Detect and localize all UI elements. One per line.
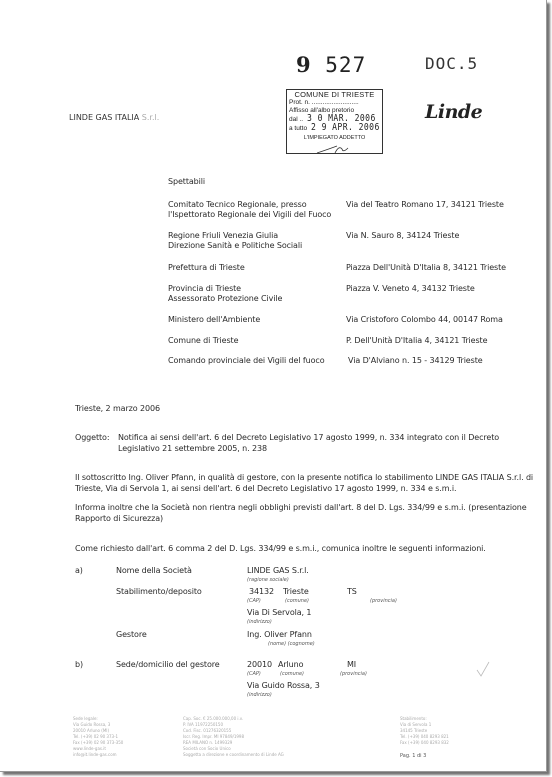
- stamp-dal-label: dal ..: [289, 116, 303, 123]
- paragraph: Trieste, Via di Servola 1, ai sensi dell…: [75, 484, 456, 494]
- paragraph: Come richiesto dall'art. 6 comma 2 del D…: [75, 544, 486, 554]
- letter-date: Trieste, 2 marzo 2006: [75, 404, 160, 414]
- field-value: Ing. Oliver Pfann: [247, 630, 312, 640]
- recipient-address: Piazza V. Veneto 4, 34132 Trieste: [346, 284, 475, 294]
- field-value: LINDE GAS S.r.l.: [247, 566, 309, 576]
- paragraph: Rapporto di Sicurezza): [75, 514, 163, 524]
- field-value: Trieste: [283, 587, 309, 597]
- recipient-address: Via N. Sauro 8, 34124 Trieste: [346, 231, 459, 241]
- field-value: Arluno: [278, 660, 303, 670]
- recipient-name: Comitato Tecnico Regionale, presso: [168, 200, 307, 210]
- field-label: Nome della Società: [116, 566, 192, 576]
- recipient-name: Comune di Trieste: [168, 336, 238, 346]
- recipient-name: Provincia di Trieste: [168, 284, 241, 294]
- subject-line: Notifica ai sensi dell'art. 6 del Decret…: [118, 433, 499, 443]
- field-note: (indirizzo): [247, 619, 272, 625]
- field-value: MI: [347, 660, 356, 670]
- item-marker: b): [75, 660, 83, 670]
- recipient-address: Via Cristoforo Colombo 44, 00147 Roma: [346, 315, 503, 325]
- paragraph: Il sottoscritto Ing. Oliver Pfann, in qu…: [75, 473, 533, 483]
- field-note: (provincia): [340, 671, 367, 677]
- document-page: 9 527 DOC.5 LINDE GAS ITALIA S.r.l. COMU…: [0, 0, 547, 772]
- recipient-name: Ministero dell'Ambiente: [168, 315, 260, 325]
- field-note: (comune): [285, 598, 309, 604]
- recipient-address: P. Dell'Unità D'Italia 4, 34121 Trieste: [346, 336, 487, 346]
- footer-registry: Cap. Soc. € 25.000.000,00 i.v.P. IVA 119…: [183, 716, 284, 758]
- field-note: (CAP): [247, 598, 261, 604]
- page-number: Pag. 1 di 3: [400, 753, 426, 759]
- field-label: Sede/domicilio del gestore: [116, 660, 220, 670]
- field-note: (provincia): [370, 598, 397, 604]
- field-value: Via Guido Rossa, 3: [247, 681, 320, 691]
- recipient-name: Comando provinciale dei Vigili del fuoco: [168, 356, 325, 366]
- protocol-number: 9 527: [296, 52, 366, 77]
- recipient-address: Piazza Dell'Unità D'Italia 8, 34121 Trie…: [346, 263, 506, 273]
- recipient-name-2: Direzione Sanità e Politiche Sociali: [168, 241, 302, 251]
- subject-label: Oggetto:: [75, 433, 109, 443]
- subject-line: Legislativo 21 settembre 2005, n. 238: [118, 444, 267, 454]
- field-value: TS: [347, 587, 357, 597]
- item-marker: a): [75, 566, 83, 576]
- field-value: 34132: [249, 587, 274, 597]
- field-label: Gestore: [116, 630, 147, 640]
- stamp-employee: L'IMPIEGATO ADDETTO: [289, 134, 380, 142]
- footer-plant: Stabilimento:Via di Servola 134145 Tries…: [400, 716, 449, 746]
- field-note: (CAP): [247, 671, 261, 677]
- salutation: Spettabili: [168, 177, 205, 187]
- field-value: 20010: [247, 660, 272, 670]
- field-note: (ragione sociale): [247, 577, 289, 583]
- checkmark-icon: [476, 661, 490, 677]
- field-note: (comune): [280, 671, 304, 677]
- stamp-tutto-label: a tutto: [289, 125, 307, 132]
- stamp-date-to: 2 9 APR. 2006: [311, 124, 380, 132]
- recipient-name-2: l'Ispettorato Regionale dei Vigili del F…: [168, 210, 331, 220]
- field-label: Stabilimento/deposito: [116, 587, 202, 597]
- stamp-title: COMUNE DI TRIESTE: [289, 91, 380, 99]
- company-name: LINDE GAS ITALIA S.r.l.: [69, 113, 159, 122]
- recipient-name-2: Assessorato Protezione Civile: [168, 294, 282, 304]
- recipient-address: Via del Teatro Romano 17, 34121 Trieste: [346, 200, 504, 210]
- field-value: Via Di Servola, 1: [247, 608, 311, 618]
- linde-logo: Linde: [425, 101, 482, 123]
- recipient-name: Prefettura di Trieste: [168, 263, 245, 273]
- field-note: (indirizzo): [247, 692, 272, 698]
- footer-legal: Sede legale:Via Guido Rossa, 320010 Arlu…: [73, 716, 123, 758]
- paragraph: Informa inoltre che la Società non rient…: [75, 503, 527, 513]
- recipient-name: Regione Friuli Venezia Giulia: [168, 231, 278, 241]
- recipient-address: Via D'Alviano n. 15 - 34129 Trieste: [348, 356, 483, 366]
- signature-icon: [315, 144, 355, 154]
- stamp-prot: Prot. n. ..........................: [289, 99, 380, 107]
- field-note: (nome) (cognome): [268, 641, 315, 647]
- doc-label: DOC.5: [425, 54, 478, 73]
- municipal-stamp: COMUNE DI TRIESTE Prot. n. .............…: [286, 89, 383, 154]
